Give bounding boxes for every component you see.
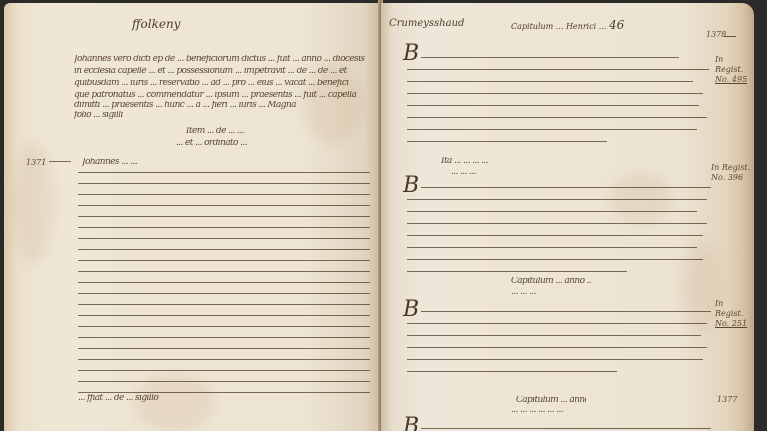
handwriting [78, 298, 370, 305]
register-number: No. 495 [715, 75, 754, 85]
left-page: ffolkeny Johannes vero dicti ep de ... b… [4, 3, 380, 431]
text-line: Johannes vero dicti ep de ... beneficior… [74, 55, 370, 64]
handwriting [407, 123, 697, 130]
left-page-heading: ffolkeny [132, 17, 180, 31]
decorated-initial: B [403, 416, 419, 431]
handwriting [78, 353, 370, 360]
handwriting [78, 254, 370, 261]
handwriting [78, 331, 370, 338]
handwriting [78, 342, 370, 349]
folio-number: 46 [609, 18, 624, 32]
right-page-running-title: Capitulum ... Henrici ... [511, 22, 606, 31]
year-note-bottom: 1377 [717, 395, 737, 405]
margin-mark [49, 155, 71, 162]
right-page-heading: Crumeysshaud [389, 18, 464, 29]
register-reference: In Regist. No. 396 [711, 163, 750, 183]
handwriting [78, 199, 370, 206]
subscript-line: ... et ... ordinato ... [176, 139, 286, 148]
handwriting [78, 276, 370, 283]
year-rule [724, 36, 736, 37]
handwriting [407, 99, 699, 106]
handwriting [78, 177, 370, 184]
handwriting [407, 135, 607, 142]
handwriting [407, 341, 707, 348]
handwriting [407, 365, 617, 372]
decorated-initial: B [403, 43, 419, 65]
handwriting [407, 241, 697, 248]
signature-line: ... ... ... ... ... ... [511, 406, 661, 415]
register-reference: In Regist. No. 251 [715, 299, 754, 329]
handwriting [78, 287, 370, 294]
text-line: que patronatus ... commendatur ... ipsum… [74, 91, 370, 100]
handwriting [407, 87, 703, 94]
handwriting [407, 353, 703, 360]
handwriting [407, 229, 703, 236]
register-label: In Regist. [715, 55, 754, 75]
text-line: folio ... sigilli [74, 111, 134, 120]
register-label: In Regist. [711, 163, 750, 173]
margin-number: 1371 [26, 158, 46, 168]
register-number: No. 251 [715, 319, 754, 329]
subscript-line: Item ... de ... ... [186, 127, 281, 136]
handwriting [421, 422, 711, 429]
handwriting [78, 243, 370, 250]
handwriting [407, 193, 707, 200]
signature-line: Ita ... ... ... ... [441, 157, 551, 166]
handwriting [78, 375, 370, 382]
handwriting [78, 320, 370, 327]
text-line: ... ffiat ... de ... sigillo [78, 394, 258, 403]
handwriting [78, 221, 370, 228]
register-number: No. 396 [711, 173, 750, 183]
handwriting [407, 111, 707, 118]
register-reference: In Regist. No. 495 [715, 55, 754, 85]
handwriting [407, 329, 701, 336]
register-label: In Regist. [715, 299, 754, 319]
year-note-top: 1378 [706, 30, 726, 40]
handwriting [407, 265, 627, 272]
signature-line: ... ... ... [511, 288, 591, 297]
handwriting [78, 309, 370, 316]
open-manuscript: ffolkeny Johannes vero dicti ep de ... b… [0, 0, 767, 431]
handwriting [407, 75, 693, 82]
handwriting [78, 166, 370, 173]
handwriting [407, 217, 707, 224]
handwriting [78, 386, 370, 393]
right-page: Crumeysshaud Capitulum ... Henrici ... 4… [381, 3, 754, 431]
handwriting [78, 232, 370, 239]
text-line: dimitti ... praesentis ... hunc ... a ..… [74, 101, 370, 110]
handwriting [421, 305, 711, 312]
handwriting [78, 210, 370, 217]
handwriting [407, 63, 709, 70]
handwriting [78, 265, 370, 272]
signature-line: Capitulum ... anno ... [516, 396, 586, 405]
handwriting [407, 317, 707, 324]
handwriting [421, 51, 679, 58]
handwriting [78, 364, 370, 371]
text-line: in ecclesia capelle ... et ... possessio… [74, 67, 370, 76]
handwriting [78, 188, 370, 195]
signature-line: ... ... ... [451, 168, 541, 177]
handwriting [421, 181, 711, 188]
handwriting [407, 205, 697, 212]
signature-line: Capitulum ... anno ... [511, 277, 591, 286]
handwriting [407, 253, 703, 260]
text-line: quibusdam ... iuris ... reservatio ... a… [74, 79, 370, 88]
